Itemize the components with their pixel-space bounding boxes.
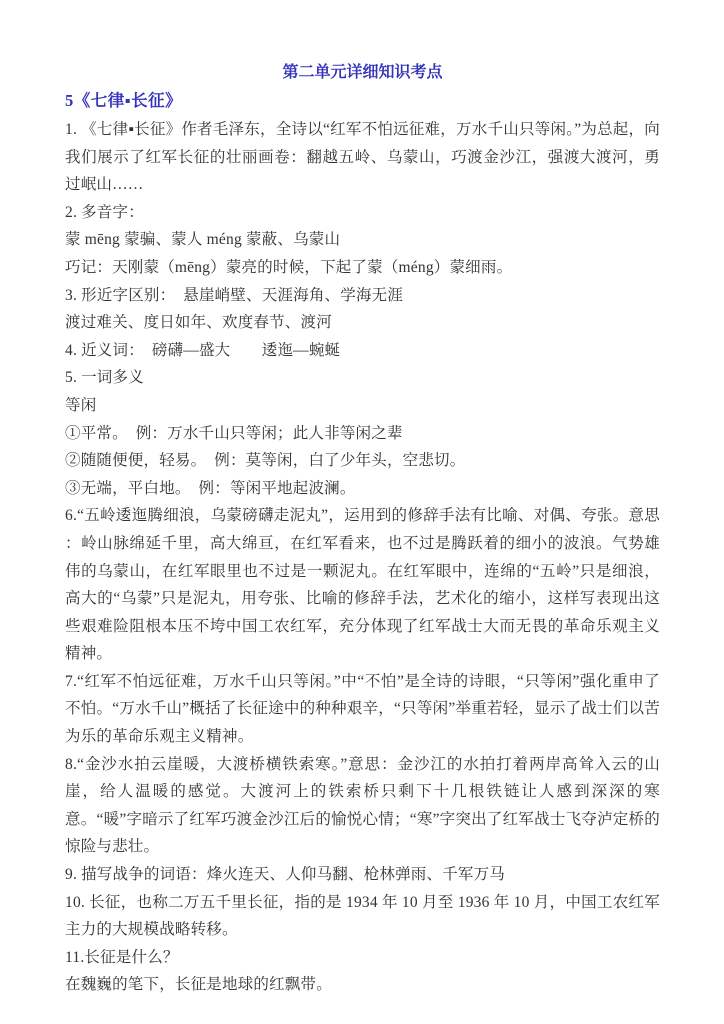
paragraph-5: 3. 形近字区别： 悬崖峭壁、天涯海角、学海无涯 bbox=[65, 282, 660, 310]
paragraph-12: ③无端，平白地。 例：等闲平地起波澜。 bbox=[65, 475, 660, 503]
paragraph-7: 4. 近义词： 磅礴—盛大 逶迤—蜿蜒 bbox=[65, 337, 660, 365]
paragraph-14: 7.“红军不怕远征难，万水千山只等闲。”中“不怕”是全诗的诗眼，“只等闲”强化重… bbox=[65, 668, 660, 751]
paragraph-10: ①平常。 例：万水千山只等闲；此人非等闲之辈 bbox=[65, 420, 660, 448]
document-body: 1. 《七律▪长征》作者毛泽东，全诗以“红军不怕远征难，万水千山只等闲。”为总起… bbox=[65, 116, 660, 999]
paragraph-17: 10. 长征，也称二万五千里长征，指的是 1934 年 10 月至 1936 年… bbox=[65, 889, 660, 944]
paragraph-11: ②随随便便，轻易。 例：莫等闲，白了少年头，空悲切。 bbox=[65, 447, 660, 475]
paragraph-8: 5. 一词多义 bbox=[65, 364, 660, 392]
paragraph-19: 在魏巍的笔下，长征是地球的红飘带。 bbox=[65, 971, 660, 999]
document-title: 第二单元详细知识考点 bbox=[65, 60, 660, 86]
paragraph-15: 8.“金沙水拍云崖暖，大渡桥横铁索寒。”意思：金沙江的水拍打着两岸高耸入云的山崖… bbox=[65, 751, 660, 861]
paragraph-6: 渡过难关、度日如年、欢度春节、渡河 bbox=[65, 309, 660, 337]
paragraph-3: 蒙 mēng 蒙骗、蒙人 méng 蒙蔽、乌蒙山 bbox=[65, 226, 660, 254]
paragraph-2: 2. 多音字： bbox=[65, 199, 660, 227]
paragraph-4: 巧记：天刚蒙（mēng）蒙亮的时候，下起了蒙（méng）蒙细雨。 bbox=[65, 254, 660, 282]
paragraph-1: 1. 《七律▪长征》作者毛泽东，全诗以“红军不怕远征难，万水千山只等闲。”为总起… bbox=[65, 116, 660, 199]
section-heading: 5《七律▪长征》 bbox=[65, 87, 660, 114]
paragraph-9: 等闲 bbox=[65, 392, 660, 420]
paragraph-16: 9. 描写战争的词语：烽火连天、人仰马翻、枪林弹雨、千军万马 bbox=[65, 861, 660, 889]
paragraph-13: 6.“五岭逶迤腾细浪，乌蒙磅礴走泥丸”，运用到的修辞手法有比喻、对偶、夸张。意思… bbox=[65, 502, 660, 668]
paragraph-18: 11.长征是什么？ bbox=[65, 944, 660, 972]
document-page: 第二单元详细知识考点 5《七律▪长征》 1. 《七律▪长征》作者毛泽东，全诗以“… bbox=[0, 0, 724, 1024]
